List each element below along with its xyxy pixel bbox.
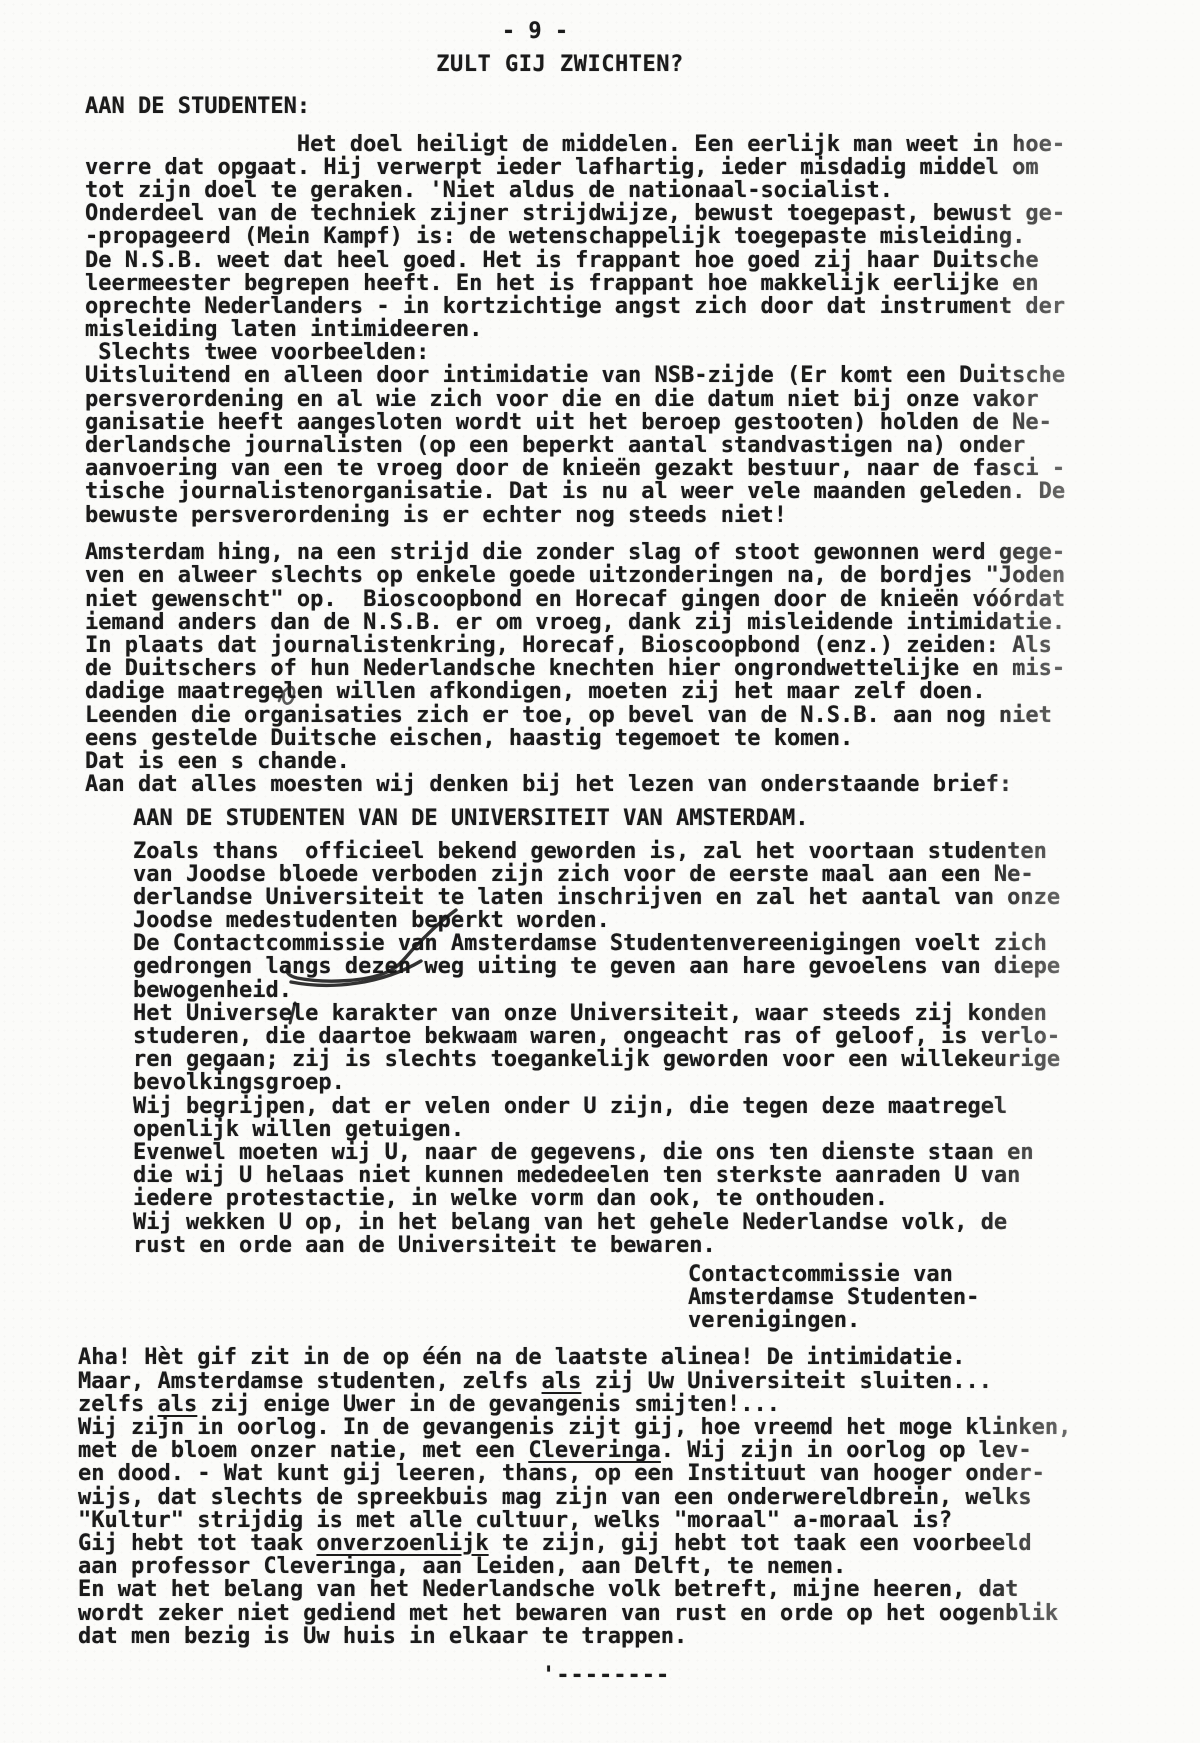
- paragraph: Amsterdam hing, na een strijd die zonder…: [85, 541, 1200, 796]
- text-line: wordt zeker niet gediend met het bewaren…: [78, 1602, 1200, 1625]
- text-line: Het doel heiligt de middelen. Een eerlij…: [85, 133, 1200, 156]
- text-line: iemand anders dan de N.S.B. er om vroeg,…: [85, 611, 1200, 634]
- text-line: bewuste persverordening is er echter nog…: [85, 504, 1200, 527]
- text-line: persverordening en al wie zich voor die …: [85, 388, 1200, 411]
- text-line: bevolkingsgroep.: [133, 1071, 1200, 1094]
- text-line: Evenwel moeten wij U, naar de gegevens, …: [133, 1141, 1200, 1164]
- text-line: openlijk willen getuigen.: [133, 1118, 1200, 1141]
- text-line: derlandse Universiteit te laten inschrij…: [133, 886, 1200, 909]
- text-line: en dood. - Wat kunt gij leeren, thans, o…: [78, 1462, 1200, 1485]
- text-line: gedrongen langs dezen weg uiting te geve…: [133, 955, 1200, 978]
- text-line: iedere protestactie, in welke vorm dan o…: [133, 1187, 1200, 1210]
- page-number: - 9 -: [0, 20, 1070, 43]
- underlined-word: als: [157, 1392, 197, 1417]
- text-line: Wij wekken U op, in het belang van het g…: [133, 1211, 1200, 1234]
- text-line: rust en orde aan de Universiteit te bewa…: [133, 1234, 1200, 1257]
- text-line: Slechts twee voorbeelden:: [85, 341, 1200, 364]
- text-line: Onderdeel van de techniek zijner strijdw…: [85, 202, 1200, 225]
- text-line: Aha! Hèt gif zit in de op één na de laat…: [78, 1346, 1200, 1369]
- text-line: Amsterdam hing, na een strijd die zonder…: [85, 541, 1200, 564]
- text-line: Maar, Amsterdamse studenten, zelfs als z…: [78, 1370, 1200, 1393]
- text-line: ren gegaan; zij is slechts toegankelijk …: [133, 1048, 1200, 1071]
- text-line: ganisatie heeft aangesloten wordt uit he…: [85, 411, 1200, 434]
- underlined-word: onverzoenlijk: [316, 1531, 488, 1556]
- text-line: die wij U helaas niet kunnen mededeelen …: [133, 1164, 1200, 1187]
- document-title: ZULT GIJ ZWICHTEN?: [0, 53, 1120, 76]
- text-line: De Contactcommissie van Amsterdamse Stud…: [133, 932, 1200, 955]
- text-line: bewogenheid.: [133, 979, 1200, 1002]
- text-line: Contactcommissie van: [688, 1263, 1200, 1286]
- text-line: dadige maatregelen willen afkondigen, mo…: [85, 680, 1200, 703]
- intro-text: Het doel heiligt de middelen. Een eerlij…: [85, 133, 1200, 797]
- text-line: studeren, die daartoe bekwaam waren, ong…: [133, 1025, 1200, 1048]
- paragraph: Contactcommissie vanAmsterdamse Studente…: [688, 1263, 1200, 1333]
- text-line: Zoals thans officieel bekend geworden is…: [133, 840, 1200, 863]
- text-line: tische journalistenorganisatie. Dat is n…: [85, 480, 1200, 503]
- text-line: Uitsluitend en alleen door intimidatie v…: [85, 364, 1200, 387]
- text-line: de Duitschers of hun Nederlandsche knech…: [85, 657, 1200, 680]
- signature-block: Contactcommissie vanAmsterdamse Studente…: [688, 1263, 1200, 1333]
- text-line: Joodse medestudenten beperkt worden.: [133, 909, 1200, 932]
- salutation: AAN DE STUDENTEN:: [85, 95, 1200, 118]
- text-line: met de bloem onzer natie, met een Clever…: [78, 1439, 1200, 1462]
- text-line: Leenden die organisaties zich er toe, op…: [85, 704, 1200, 727]
- text-line: niet gewenscht" op. Bioscoopbond en Hore…: [85, 588, 1200, 611]
- text-line: derlandsche journalisten (op een beperkt…: [85, 434, 1200, 457]
- letter-heading: AAN DE STUDENTEN VAN DE UNIVERSITEIT VAN…: [133, 807, 1200, 830]
- underlined-word: als: [542, 1369, 582, 1394]
- text-line: In plaats dat journalistenkring, Horecaf…: [85, 634, 1200, 657]
- text-line: oprechte Nederlanders - in kortzichtige …: [85, 295, 1200, 318]
- text-line: leermeester begrepen heeft. En het is fr…: [85, 272, 1200, 295]
- commentary-text: Aha! Hèt gif zit in de op één na de laat…: [78, 1346, 1200, 1647]
- text-line: dat men bezig is Uw huis in elkaar te tr…: [78, 1625, 1200, 1648]
- text-line: En wat het belang van het Nederlandsche …: [78, 1578, 1200, 1601]
- text-line: Wij zijn in oorlog. In de gevangenis zij…: [78, 1416, 1200, 1439]
- end-divider: '--------: [542, 1664, 1200, 1687]
- text-line: Gij hebt tot taak onverzoenlijk te zijn,…: [78, 1532, 1200, 1555]
- text-line: ven en alweer slechts op enkele goede ui…: [85, 564, 1200, 587]
- text-line: tot zijn doel te geraken. 'Niet aldus de…: [85, 179, 1200, 202]
- text-line: Dat is een s chande.: [85, 750, 1200, 773]
- letter-body: Zoals thans officieel bekend geworden is…: [133, 840, 1200, 1257]
- text-line: Amsterdamse Studenten-: [688, 1286, 1200, 1309]
- text-line: Aan dat alles moesten wij denken bij het…: [85, 773, 1200, 796]
- paragraph: Het doel heiligt de middelen. Een eerlij…: [85, 133, 1200, 527]
- text-line: wijs, dat slechts de spreekbuis mag zijn…: [78, 1486, 1200, 1509]
- text-line: verenigingen.: [688, 1309, 1200, 1332]
- text-line: eens gestelde Duitsche eischen, haastig …: [85, 727, 1200, 750]
- text-line: De N.S.B. weet dat heel goed. Het is fra…: [85, 249, 1200, 272]
- text-line: Het Universele karakter van onze Univers…: [133, 1002, 1200, 1025]
- text-line: aanvoering van een te vroeg door de knie…: [85, 457, 1200, 480]
- underlined-word: Cleveringa: [528, 1438, 660, 1463]
- paragraph: Zoals thans officieel bekend geworden is…: [133, 840, 1200, 1257]
- text-line: zelfs als zij enige Uwer in de gevangeni…: [78, 1393, 1200, 1416]
- text-line: -propageerd (Mein Kampf) is: de wetensch…: [85, 225, 1200, 248]
- text-line: van Joodse bloede verboden zijn zich voo…: [133, 863, 1200, 886]
- text-line: aan professor Cleveringa, aan Leiden, aa…: [78, 1555, 1200, 1578]
- text-line: Wij begrijpen, dat er velen onder U zijn…: [133, 1095, 1200, 1118]
- paragraph: Aha! Hèt gif zit in de op één na de laat…: [78, 1346, 1200, 1647]
- text-line: verre dat opgaat. Hij verwerpt ieder laf…: [85, 156, 1200, 179]
- scanned-page: - 9 - ZULT GIJ ZWICHTEN? AAN DE STUDENTE…: [0, 0, 1200, 1743]
- text-line: misleiding laten intimideeren.: [85, 318, 1200, 341]
- text-line: "Kultur" strijdig is met alle cultuur, w…: [78, 1509, 1200, 1532]
